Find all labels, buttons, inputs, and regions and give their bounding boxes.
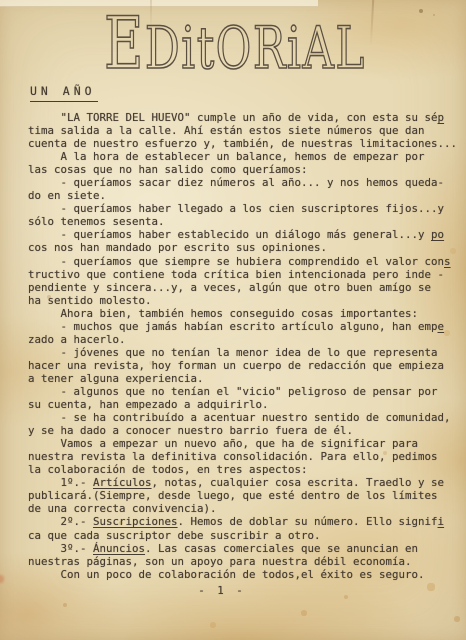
text-line: 1º.- Artículos, notas, cualquier cosa es… bbox=[28, 476, 457, 489]
masthead-title-text: EDitORiAL bbox=[104, 2, 366, 86]
text-segment: y se ha dado a conocer nuestro barrio fu… bbox=[28, 424, 353, 437]
text-segment: nuestras páginas, son un apoyo para nues… bbox=[28, 555, 412, 568]
text-line: - queríamos sacar diez números al año...… bbox=[28, 176, 457, 189]
text-segment: Vamos a empezar un nuevo año, que ha de … bbox=[28, 437, 418, 450]
text-segment: do en siete. bbox=[28, 189, 106, 202]
text-segment: - queríamos sacar diez números al año...… bbox=[28, 176, 444, 189]
text-segment: - se ha contribuído a acentuar nuestro s… bbox=[28, 411, 451, 424]
text-line: - algunos que no tenían el "vicio" pelig… bbox=[28, 385, 457, 398]
text-segment: zado a hacerlo. bbox=[28, 333, 126, 346]
text-line: Con un poco de colaboración de todos,el … bbox=[28, 568, 457, 581]
underlined-text-segment: Artículos bbox=[93, 476, 152, 489]
text-segment: su cuenta, han empezado a adquirirlo. bbox=[28, 398, 269, 411]
body-text: "LA TORRE DEL HUEVO" cumple un año de vi… bbox=[28, 111, 457, 581]
text-line: - queríamos que siempre se hubiera compr… bbox=[28, 255, 457, 268]
underlined-text-segment: s bbox=[444, 255, 451, 268]
text-segment: tima salida a la calle. Ahí están estos … bbox=[28, 124, 425, 137]
text-line: - jóvenes que no tenían la menor idea de… bbox=[28, 346, 457, 359]
text-line: ha sentido molesto. bbox=[28, 294, 457, 307]
text-line: cuenta de nuestro esfuerzo y, también, d… bbox=[28, 137, 457, 150]
text-segment: "LA TORRE DEL HUEVO" cumple un año de vi… bbox=[28, 111, 438, 124]
text-line: 3º.- Ánuncios. Las casas comerciales que… bbox=[28, 542, 457, 555]
text-segment: publicará.(Siempre, desde luego, que est… bbox=[28, 489, 438, 502]
text-line: zado a hacerlo. bbox=[28, 333, 457, 346]
text-line: - queríamos haber llegado a los cien sus… bbox=[28, 202, 457, 215]
text-line: Vamos a empezar un nuevo año, que ha de … bbox=[28, 437, 457, 450]
text-line: publicará.(Siempre, desde luego, que est… bbox=[28, 489, 457, 502]
underlined-text-segment: Suscripciones bbox=[93, 515, 178, 528]
text-segment: - muchos que jamás habían escrito artícu… bbox=[28, 320, 438, 333]
text-segment: las cosas que no han salido como queríam… bbox=[28, 163, 308, 176]
text-segment: - queríamos haber llegado a los cien sus… bbox=[28, 202, 444, 215]
text-segment: hacer una revista, hoy forman un cuerpo … bbox=[28, 359, 444, 372]
text-segment: ha sentido molesto. bbox=[28, 294, 152, 307]
text-segment: la colaboración de todos, en tres aspect… bbox=[28, 463, 308, 476]
text-line: de una correcta convivencia). bbox=[28, 502, 457, 515]
underlined-text-segment: e bbox=[438, 320, 445, 333]
text-line: ca que cada suscriptor debe suscribir a … bbox=[28, 529, 457, 542]
paper-stain-specks bbox=[0, 0, 2, 2]
text-segment: tructivo que contiene toda crítica bien … bbox=[28, 268, 444, 281]
underlined-text-segment: po bbox=[431, 228, 444, 241]
text-segment: 3º.- bbox=[28, 542, 93, 555]
text-line: tima salida a la calle. Ahí están estos … bbox=[28, 124, 457, 137]
text-segment: de una correcta convivencia). bbox=[28, 502, 217, 515]
text-line: las cosas que no han salido como queríam… bbox=[28, 163, 457, 176]
text-segment: sólo tenemos sesenta. bbox=[28, 215, 165, 228]
text-line: do en siete. bbox=[28, 189, 457, 202]
text-segment: . Hemos de doblar su número. Ello signif bbox=[178, 515, 438, 528]
text-line: su cuenta, han empezado a adquirirlo. bbox=[28, 398, 457, 411]
text-line: hacer una revista, hoy forman un cuerpo … bbox=[28, 359, 457, 372]
text-line: Ahora bien, también hemos conseguido cos… bbox=[28, 307, 457, 320]
editorial-masthead: EDitORiAL bbox=[90, 2, 380, 86]
text-line: nuestra revista la definitiva consolidac… bbox=[28, 450, 457, 463]
text-segment: cos nos han mandado por escrito sus opin… bbox=[28, 241, 327, 254]
text-segment: cuenta de nuestro esfuerzo y, también, d… bbox=[28, 137, 457, 150]
text-segment: 1º.- bbox=[28, 476, 93, 489]
text-segment: pendiente y sincera...y, a veces, algún … bbox=[28, 281, 431, 294]
text-segment: Con un poco de colaboración de todos,el … bbox=[28, 568, 425, 581]
text-line: nuestras páginas, son un apoyo para nues… bbox=[28, 555, 457, 568]
text-line: A la hora de establecer un balance, hemo… bbox=[28, 150, 457, 163]
section-heading: UN AÑO bbox=[30, 84, 98, 102]
text-line: "LA TORRE DEL HUEVO" cumple un año de vi… bbox=[28, 111, 457, 124]
document-page: EDitORiAL UN AÑO "LA TORRE DEL HUEVO" cu… bbox=[0, 0, 466, 640]
text-line: pendiente y sincera...y, a veces, algún … bbox=[28, 281, 457, 294]
underlined-text-segment: i bbox=[438, 515, 445, 528]
text-segment: - queríamos que siempre se hubiera compr… bbox=[28, 255, 444, 268]
text-segment: ca que cada suscriptor debe suscribir a … bbox=[28, 529, 321, 542]
page-number: - 1 - bbox=[0, 584, 444, 597]
text-segment: nuestra revista la definitiva consolidac… bbox=[28, 450, 438, 463]
text-line: - muchos que jamás habían escrito artícu… bbox=[28, 320, 457, 333]
text-segment: , notas, cualquier cosa escrita. Traedlo… bbox=[152, 476, 445, 489]
text-line: y se ha dado a conocer nuestro barrio fu… bbox=[28, 424, 457, 437]
text-segment: a tener alguna experiencia. bbox=[28, 372, 204, 385]
text-segment: A la hora de establecer un balance, hemo… bbox=[28, 150, 425, 163]
underlined-text-segment: p bbox=[438, 111, 445, 124]
text-line: - se ha contribuído a acentuar nuestro s… bbox=[28, 411, 457, 424]
text-line: cos nos han mandado por escrito sus opin… bbox=[28, 241, 457, 254]
text-segment: - jóvenes que no tenían la menor idea de… bbox=[28, 346, 438, 359]
underlined-text-segment: Ánuncios bbox=[93, 542, 145, 555]
text-line: tructivo que contiene toda crítica bien … bbox=[28, 268, 457, 281]
text-segment: - queríamos haber establecido un diálogo… bbox=[28, 228, 431, 241]
text-line: 2º.- Suscripciones. Hemos de doblar su n… bbox=[28, 515, 457, 528]
text-segment: . Las casas comerciales que se anuncian … bbox=[145, 542, 418, 555]
text-line: a tener alguna experiencia. bbox=[28, 372, 457, 385]
text-segment: Ahora bien, también hemos conseguido cos… bbox=[28, 307, 418, 320]
text-segment: 2º.- bbox=[28, 515, 93, 528]
text-line: sólo tenemos sesenta. bbox=[28, 215, 457, 228]
text-segment: - algunos que no tenían el "vicio" pelig… bbox=[28, 385, 438, 398]
text-line: la colaboración de todos, en tres aspect… bbox=[28, 463, 457, 476]
text-line: - queríamos haber establecido un diálogo… bbox=[28, 228, 457, 241]
